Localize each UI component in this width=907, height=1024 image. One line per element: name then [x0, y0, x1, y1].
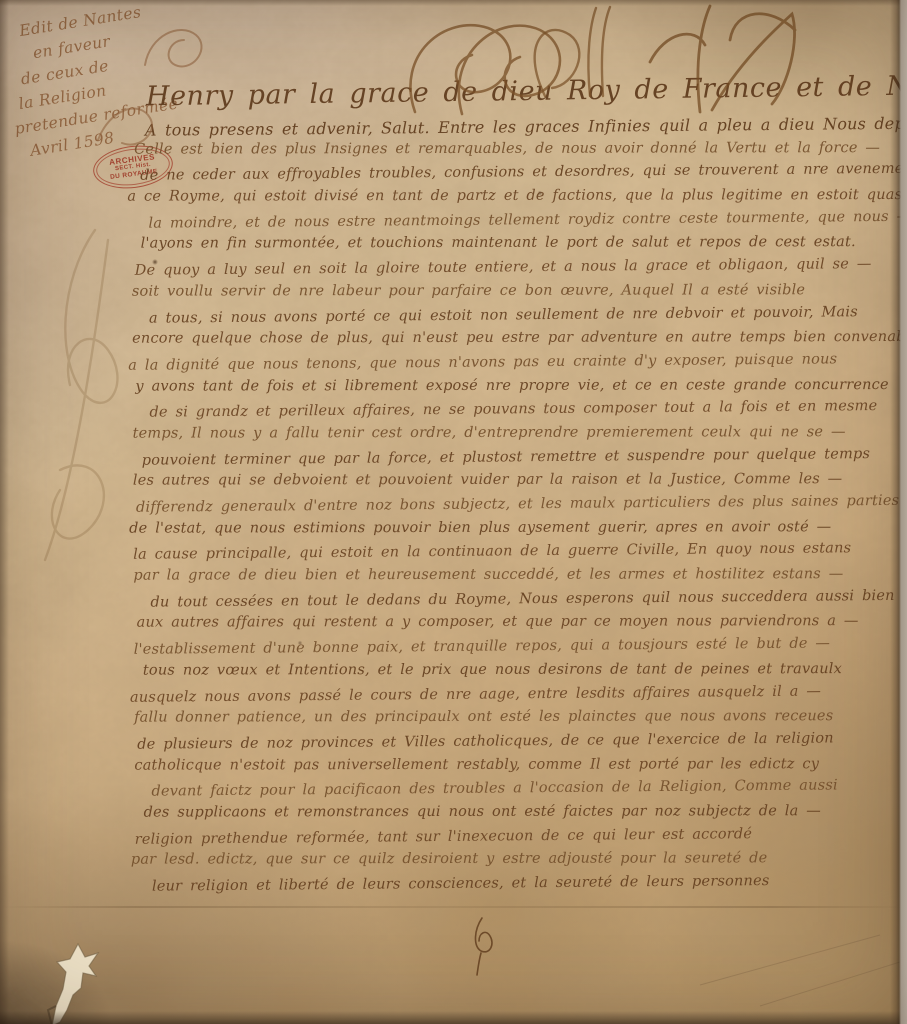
manuscript-page: Edit de Nantes en faveur de ceux de la R… [0, 0, 907, 1024]
vignette-shading [0, 0, 907, 1024]
